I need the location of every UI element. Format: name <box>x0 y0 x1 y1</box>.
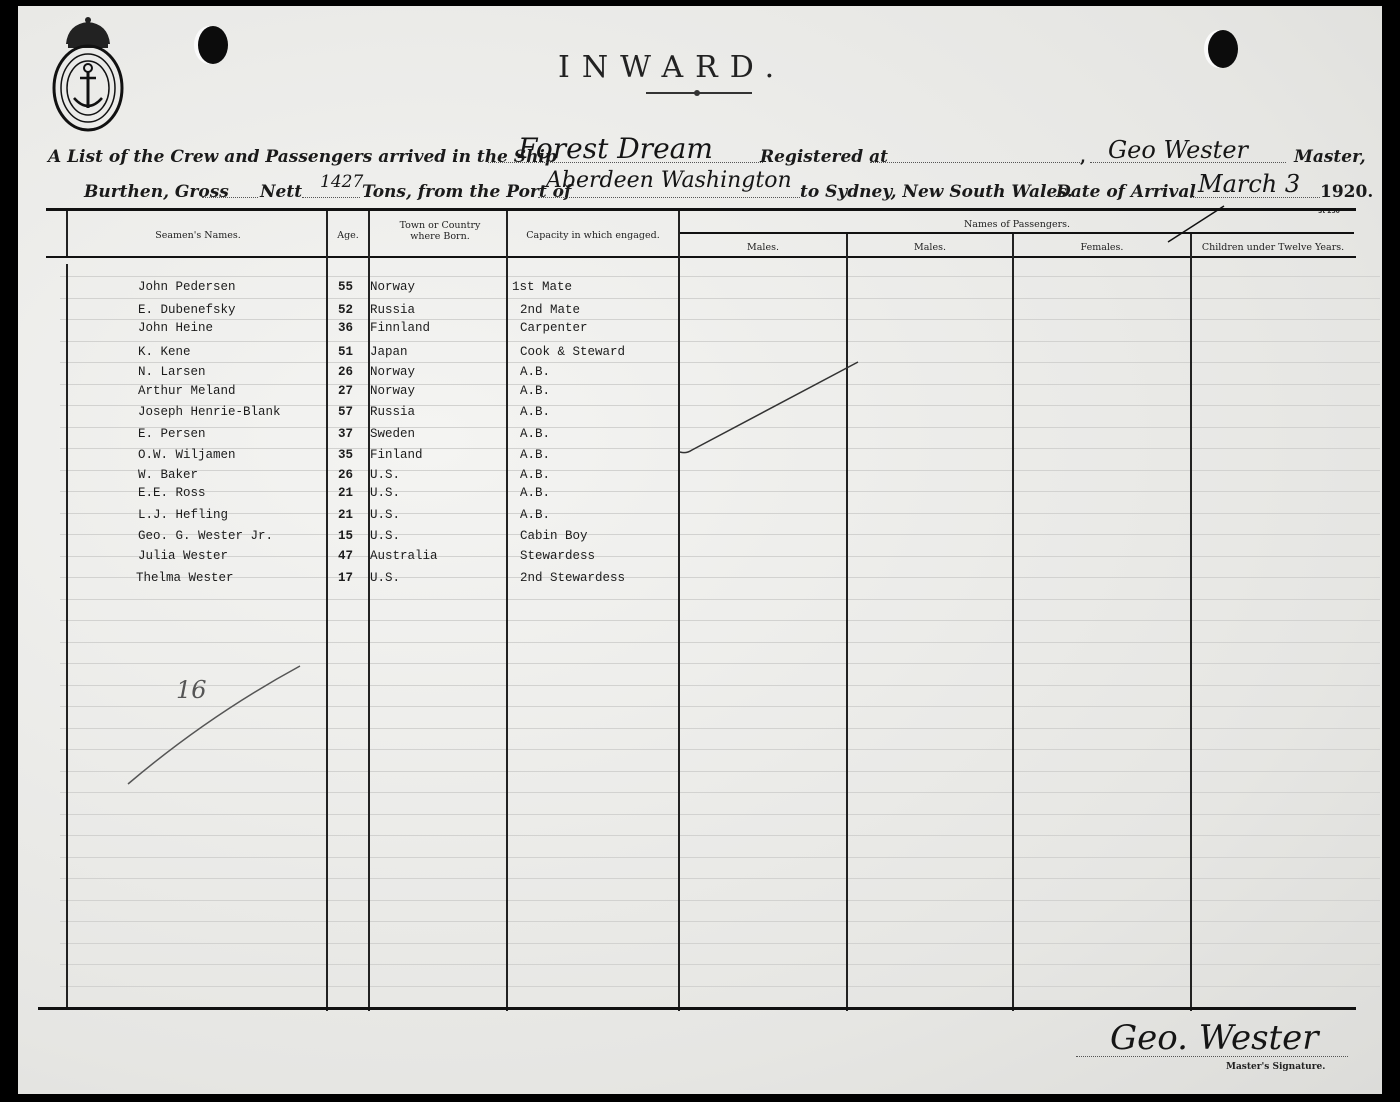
crew-born: Finland <box>370 448 423 462</box>
master-label: Master, <box>1294 147 1366 167</box>
crew-capacity: Carpenter <box>520 321 588 335</box>
registered-line <box>870 162 1080 163</box>
ruled-line <box>60 706 1380 707</box>
punch-hole <box>1208 30 1238 68</box>
crew-count-note: 16 <box>176 676 207 704</box>
header-capacity: Capacity in which engaged. <box>508 230 678 241</box>
crew-born: Japan <box>370 345 408 359</box>
header-bottom-rule <box>46 256 1356 258</box>
ruled-line <box>60 792 1380 793</box>
document-page: INWARD. A List of the Crew and Passenger… <box>18 6 1382 1094</box>
crew-age: 17 <box>338 571 353 585</box>
ruled-line <box>60 857 1380 858</box>
arrival-value: March 3 <box>1198 170 1300 198</box>
ruled-line <box>60 642 1380 643</box>
crew-capacity: Cook & Steward <box>520 345 625 359</box>
header-age: Age. <box>328 230 368 241</box>
crew-born: Russia <box>370 303 415 317</box>
crew-age: 26 <box>338 365 353 379</box>
crew-name: L.J. Hefling <box>138 508 228 522</box>
crew-capacity: A.B. <box>520 405 550 419</box>
ruled-line <box>60 986 1380 987</box>
crew-name: Geo. G. Wester Jr. <box>138 529 273 543</box>
crew-name: O.W. Wiljamen <box>138 448 236 462</box>
ruled-line <box>60 943 1380 944</box>
crew-born: U.S. <box>370 571 400 585</box>
crew-age: 52 <box>338 303 353 317</box>
list-prefix-label: A List of the Crew and Passengers arrive… <box>48 147 557 167</box>
header-top-rule <box>46 208 1356 211</box>
crew-age: 37 <box>338 427 353 441</box>
ruled-line <box>60 577 1380 578</box>
burthen-label: Burthen, Gross <box>84 182 229 202</box>
ruled-line <box>60 878 1380 879</box>
ruled-line <box>60 470 1380 471</box>
ruled-line <box>60 319 1380 320</box>
crew-age: 21 <box>338 486 353 500</box>
column-divider <box>846 234 848 1011</box>
destination-label: to Sydney, New South Wales. <box>800 182 1073 202</box>
ruled-line <box>60 749 1380 750</box>
crew-born: Russia <box>370 405 415 419</box>
registered-comma: , <box>1080 147 1086 167</box>
title-ornament <box>646 92 752 94</box>
ship-name-value: Forest Dream <box>518 132 713 165</box>
passengers-subheader-rule <box>680 232 1354 234</box>
ruled-line <box>60 620 1380 621</box>
crew-age: 51 <box>338 345 353 359</box>
ruled-line <box>60 427 1380 428</box>
header-males-2: Males. <box>848 242 1012 253</box>
crew-capacity: 1st Mate <box>512 280 572 294</box>
crew-capacity: A.B. <box>520 508 550 522</box>
crew-capacity: A.B. <box>520 468 550 482</box>
crew-name: E. Dubenefsky <box>138 303 236 317</box>
crew-capacity: Cabin Boy <box>520 529 588 543</box>
crew-born: Norway <box>370 280 415 294</box>
form-title: INWARD. <box>558 50 786 85</box>
nett-label: Nett <box>260 182 302 202</box>
crew-age: 57 <box>338 405 353 419</box>
crew-capacity: 2nd Stewardess <box>520 571 625 585</box>
ruled-line <box>60 964 1380 965</box>
ruled-line <box>60 771 1380 772</box>
crew-age: 21 <box>338 508 353 522</box>
crew-born: Norway <box>370 365 415 379</box>
crew-born: U.S. <box>370 468 400 482</box>
crew-born: U.S. <box>370 486 400 500</box>
crew-born: U.S. <box>370 508 400 522</box>
crew-age: 26 <box>338 468 353 482</box>
ruled-line <box>60 921 1380 922</box>
crew-name: E. Persen <box>138 427 206 441</box>
column-divider <box>66 264 68 1010</box>
crew-capacity: A.B. <box>520 384 550 398</box>
ruled-line <box>60 362 1380 363</box>
crew-capacity: Stewardess <box>520 549 595 563</box>
header-names-of-passengers: Names of Passengers. <box>680 219 1354 230</box>
header-seamen-names: Seamen's Names. <box>78 230 318 241</box>
ruled-line <box>60 513 1380 514</box>
header-born: Town or Country where Born. <box>390 220 490 242</box>
column-divider <box>678 211 680 1011</box>
crew-name: Thelma Wester <box>136 571 234 585</box>
port-line <box>538 197 800 198</box>
ruled-line <box>60 276 1380 277</box>
column-divider <box>506 211 508 1011</box>
ruled-line <box>60 384 1380 385</box>
arrival-label: Date of Arrival <box>1056 182 1196 202</box>
ruled-line <box>60 491 1380 492</box>
crew-age: 47 <box>338 549 353 563</box>
column-divider <box>1190 234 1192 1011</box>
crew-capacity: 2nd Mate <box>520 303 580 317</box>
crew-name: W. Baker <box>138 468 198 482</box>
registered-label: Registered at <box>760 147 888 167</box>
ruled-line <box>60 556 1380 557</box>
crew-born: Sweden <box>370 427 415 441</box>
nett-value: 1427 <box>320 172 363 192</box>
crew-age: 27 <box>338 384 353 398</box>
ruled-line <box>60 663 1380 664</box>
crew-name: N. Larsen <box>138 365 206 379</box>
signature-label: Master's Signature. <box>1226 1062 1325 1072</box>
pencil-stroke-icon <box>128 666 300 784</box>
crew-capacity: A.B. <box>520 486 550 500</box>
table-bottom-rule <box>38 1007 1356 1010</box>
crew-name: Arthur Meland <box>138 384 236 398</box>
crew-capacity: A.B. <box>520 427 550 441</box>
crew-age: 35 <box>338 448 353 462</box>
gross-line <box>202 197 258 198</box>
shipping-masters-seal-icon <box>48 16 128 136</box>
crew-born: Norway <box>370 384 415 398</box>
column-divider <box>326 211 328 1011</box>
pencil-stroke-icon <box>680 362 858 453</box>
master-signature: Geo. Wester <box>1110 1018 1319 1058</box>
crew-name: Joseph Henrie-Blank <box>138 405 281 419</box>
column-divider <box>1012 234 1014 1011</box>
ruled-line <box>60 835 1380 836</box>
crew-capacity: A.B. <box>520 365 550 379</box>
crew-age: 36 <box>338 321 353 335</box>
ruled-line <box>60 685 1380 686</box>
crew-age: 55 <box>338 280 353 294</box>
punch-hole <box>198 26 228 64</box>
ruled-line <box>60 448 1380 449</box>
crew-name: John Heine <box>138 321 213 335</box>
column-divider <box>66 211 68 256</box>
crew-age: 15 <box>338 529 353 543</box>
crew-name: Julia Wester <box>138 549 228 563</box>
ruled-line <box>60 814 1380 815</box>
crew-name: K. Kene <box>138 345 191 359</box>
header-males-1: Males. <box>680 242 846 253</box>
crew-name: John Pedersen <box>138 280 236 294</box>
crew-capacity: A.B. <box>520 448 550 462</box>
ruled-line <box>60 298 1380 299</box>
master-name-value: Geo Wester <box>1108 136 1248 164</box>
ruled-line <box>60 900 1380 901</box>
header-children: Children under Twelve Years. <box>1192 242 1354 253</box>
port-value: Aberdeen Washington <box>546 168 792 193</box>
header-females: Females. <box>1014 242 1190 253</box>
nett-line <box>302 197 360 198</box>
crew-born: Finnland <box>370 321 430 335</box>
crew-born: U.S. <box>370 529 400 543</box>
ruled-line <box>60 599 1380 600</box>
crew-name: E.E. Ross <box>138 486 206 500</box>
tons-from-port-label: Tons, from the Port of <box>362 182 571 202</box>
ruled-line <box>60 341 1380 342</box>
arrival-year: 1920. <box>1320 182 1373 202</box>
ruled-line <box>60 728 1380 729</box>
crew-born: Australia <box>370 549 438 563</box>
